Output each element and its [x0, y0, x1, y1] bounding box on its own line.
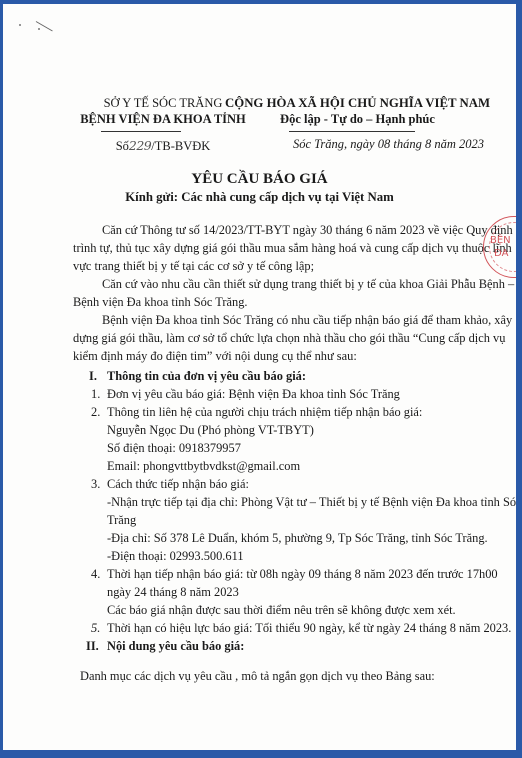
delivery-phone: -Điện thoại: 02993.500.611: [107, 547, 244, 565]
paragraph-legal-basis-line: Căn cứ Thông tư số 14/2023/TT-BYT ngày 3…: [102, 221, 513, 239]
item-3-text: Cách thức tiếp nhận báo giá:: [107, 475, 249, 493]
delivery-method: -Nhận trực tiếp tại địa chỉ: Phòng Vật t…: [107, 493, 516, 511]
item-5-text: Thời hạn có hiệu lực báo giá: Tối thiểu …: [107, 619, 511, 637]
scan-dot: [38, 28, 40, 30]
section-2-heading: Nội dung yêu cầu báo giá:: [107, 637, 244, 655]
delivery-address: -Địa chỉ: Số 378 Lê Duẩn, khóm 5, phường…: [107, 529, 488, 547]
paragraph-purpose-line: dựng giá gói thầu, làm cơ sở tổ chức lựa…: [73, 329, 505, 347]
header-left-underline: [101, 131, 181, 132]
item-2-text: Thông tin liên hệ của người chịu trách n…: [107, 403, 422, 421]
paragraph-purpose-line: kiểm định máy đo điện tim” với nội dung …: [73, 347, 357, 365]
section-1-heading: Thông tin của đơn vị yêu cầu báo giá:: [107, 367, 306, 385]
doc-number-suffix: /TB-BVĐK: [151, 139, 210, 153]
stamp-text: ĐA: [494, 248, 508, 259]
delivery-method-cont: Trăng: [107, 511, 136, 529]
contact-email: Email: phongvttbytbvdkst@gmail.com: [107, 457, 300, 475]
item-1-text: Đơn vị yêu cầu báo giá: Bệnh viện Đa kho…: [107, 385, 400, 403]
section-2-number: II.: [86, 637, 99, 655]
item-4-number: 4.: [91, 565, 100, 583]
paragraph-purpose-line: Bệnh viện Đa khoa tỉnh Sóc Trăng có nhu …: [102, 311, 512, 329]
motto: Độc lập - Tự do – Hạnh phúc: [225, 112, 490, 127]
deadline-date: ngày 24 tháng 8 năm 2023: [107, 583, 239, 601]
item-1-number: 1.: [91, 385, 100, 403]
document-number: Số229/TB-BVĐK: [63, 138, 263, 154]
doc-number-handwritten: 229: [129, 138, 151, 153]
paragraph-legal-basis-line: trình tự, thủ tục xây dựng giá gói thầu …: [73, 239, 512, 257]
late-quote-note: Các báo giá nhận được sau thời điểm nêu …: [107, 601, 456, 619]
paragraph-need-line: Bệnh viện Đa khoa tỉnh Sóc Trăng.: [73, 293, 248, 311]
document-title: YÊU CẦU BÁO GIÁ: [3, 171, 516, 188]
section-2-intro: Danh mục các dịch vụ yêu cầu , mô tả ngắ…: [80, 667, 435, 685]
recipient: Kính gửi: Các nhà cung cấp dịch vụ tại V…: [3, 190, 516, 205]
doc-number-prefix: Số: [116, 139, 129, 153]
paragraph-legal-basis-line: vực trang thiết bị y tế tại các cơ sở y …: [73, 257, 314, 275]
paragraph-need-line: Căn cứ vào nhu cầu cần thiết sử dụng tra…: [102, 275, 514, 293]
document-page: SỞ Y TẾ SÓC TRĂNG BỆNH VIỆN ĐA KHOA TỈNH…: [3, 4, 516, 750]
place-date: Sóc Trăng, ngày 08 tháng 8 năm 2023: [293, 137, 484, 152]
stamp-text: BỆN: [490, 235, 511, 246]
contact-phone: Số điện thoại: 0918379957: [107, 439, 241, 457]
item-3-number: 3.: [91, 475, 100, 493]
contact-person: Nguyễn Ngọc Du (Phó phòng VT-TBYT): [107, 421, 314, 439]
item-2-number: 2.: [91, 403, 100, 421]
item-4-text: Thời hạn tiếp nhận báo giá: từ 08h ngày …: [107, 565, 498, 583]
header-right-underline: [289, 131, 415, 132]
item-5-number: 5.: [91, 619, 100, 637]
section-1-number: I.: [89, 367, 97, 385]
scan-dot: [19, 24, 21, 26]
country-name: CỘNG HÒA XÃ HỘI CHỦ NGHĨA VIỆT NAM: [225, 96, 490, 111]
stamp-inner-ring: [489, 222, 516, 272]
